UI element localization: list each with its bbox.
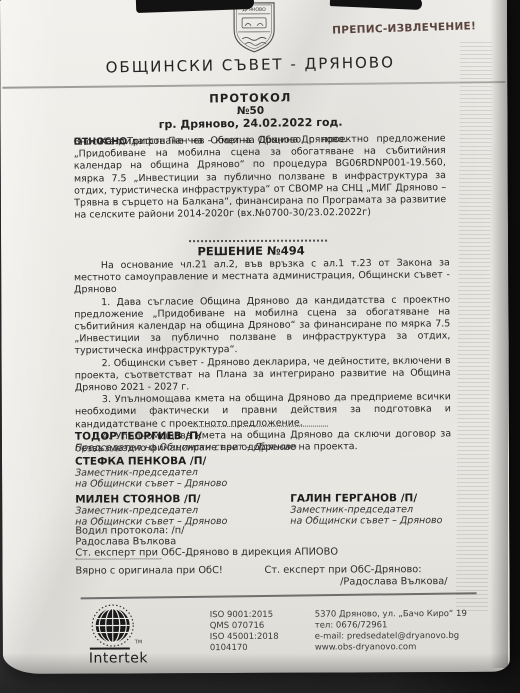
document-heading: ПРОТОКОЛ №50 гр. Дряново, 24.02.2022 год… [40, 89, 460, 132]
intertek-globe-icon [88, 602, 138, 648]
signature-title-vice1-b: на Общински съвет – Дряново [75, 478, 227, 490]
signature-name-chairman: ТОДОР ГЕОРГИЕВ /П/ [75, 430, 202, 443]
keeper-line-1: Водил протокола: /п/ [75, 525, 184, 536]
logo-underline [90, 647, 130, 649]
keeper-line-3: Ст. експерт при ОбС-Дряново в дирекция А… [75, 547, 338, 559]
decision-item-2: 2. Общински съвет - Дряново декларира, ч… [75, 355, 451, 395]
org-title: ОБЩИНСКИ СЪВЕТ - ДРЯНОВО [40, 52, 460, 78]
cert-officer-name: /Радослава Вълкова/ [303, 576, 448, 588]
decision-preamble: На основание чл.21 ал.2, във връзка с ал… [74, 257, 450, 297]
true-copy-note: Вярно с оригинала при ОбС! [75, 565, 222, 577]
subject-section: ОТНОСНО:11. Кандидатстване на Община Дря… [74, 133, 446, 149]
subject-paragraph: ОТНОСНО:11. Кандидатстване на Община Дря… [74, 133, 446, 137]
footer-cert-2: QMS 070716 [210, 621, 279, 632]
footer-cert-1: ISO 9001:2015 [210, 610, 279, 621]
signature-name-vice1: СТЕФКА ПЕНКОВА /П/ [75, 455, 206, 468]
signature-title-vice3-b: на Общински съвет – Дряново [290, 515, 442, 527]
footer-email: e-mail: predsedatel@dryanovo.bg [315, 631, 467, 643]
footer-cert-4: 0104170 [210, 643, 279, 654]
signature-title-chairman: Председател на Общински съвет – Дряново [75, 442, 297, 454]
signature-name-vice2: МИЛЕН СТОЯНОВ /П/ [75, 493, 200, 506]
footer-phone: тел: 0676/72961 [315, 620, 467, 632]
footer-contact: 5370 Дряново, ул. „Бачо Киро“ 19 тел: 06… [315, 609, 467, 654]
header-divider [2, 81, 505, 89]
dotted-separator-small [75, 558, 161, 559]
trademark-mark: TM [135, 639, 142, 645]
footer-address: 5370 Дряново, ул. „Бачо Киро“ 19 [315, 609, 467, 621]
keeper-line-2: Радослава Вълкова [75, 536, 176, 547]
crest-bridge-emblem [242, 18, 266, 28]
footer-cert-3: ISO 45001:2018 [210, 632, 279, 643]
footer-website: www.obs-dryanovo.com [315, 642, 467, 654]
crest-wave [242, 37, 266, 40]
signature-title-vice2-a: Заместник-председател [75, 505, 198, 517]
photo-scene: ДРЯНОВО ПРЕПИС-ИЗВЛЕЧЕНИЕ! ОБЩИНСКИ СЪВЕ… [0, 0, 520, 693]
footer-certifications: ISO 9001:2015 QMS 070716 ISO 45001:2018 … [210, 610, 279, 654]
subject-text: :11. Кандидатстване на Община Дряново с … [74, 133, 447, 222]
footer-divider [81, 592, 477, 599]
signature-name-vice3: ГАЛИН ГЕРГАНОВ /П/ [290, 492, 417, 505]
page-edge-shadow [490, 0, 508, 668]
page-stack-edge [456, 42, 492, 614]
intertek-wordmark: Intertek [89, 650, 148, 666]
dotted-separator-top [189, 240, 327, 243]
decision-item-1: 1. Дава съгласие Община Дряново да канди… [74, 294, 450, 358]
copy-extract-stamp: ПРЕПИС-ИЗВЛЕЧЕНИЕ! [332, 20, 492, 37]
signature-title-vice3-a: Заместник-председател [290, 504, 413, 516]
signature-title-vice1-a: Заместник-председател [75, 467, 198, 479]
document-page: ДРЯНОВО ПРЕПИС-ИЗВЛЕЧЕНИЕ! ОБЩИНСКИ СЪВЕ… [0, 0, 510, 674]
cert-officer-title: Ст. експерт при ОбС-Дряново: [264, 564, 421, 576]
